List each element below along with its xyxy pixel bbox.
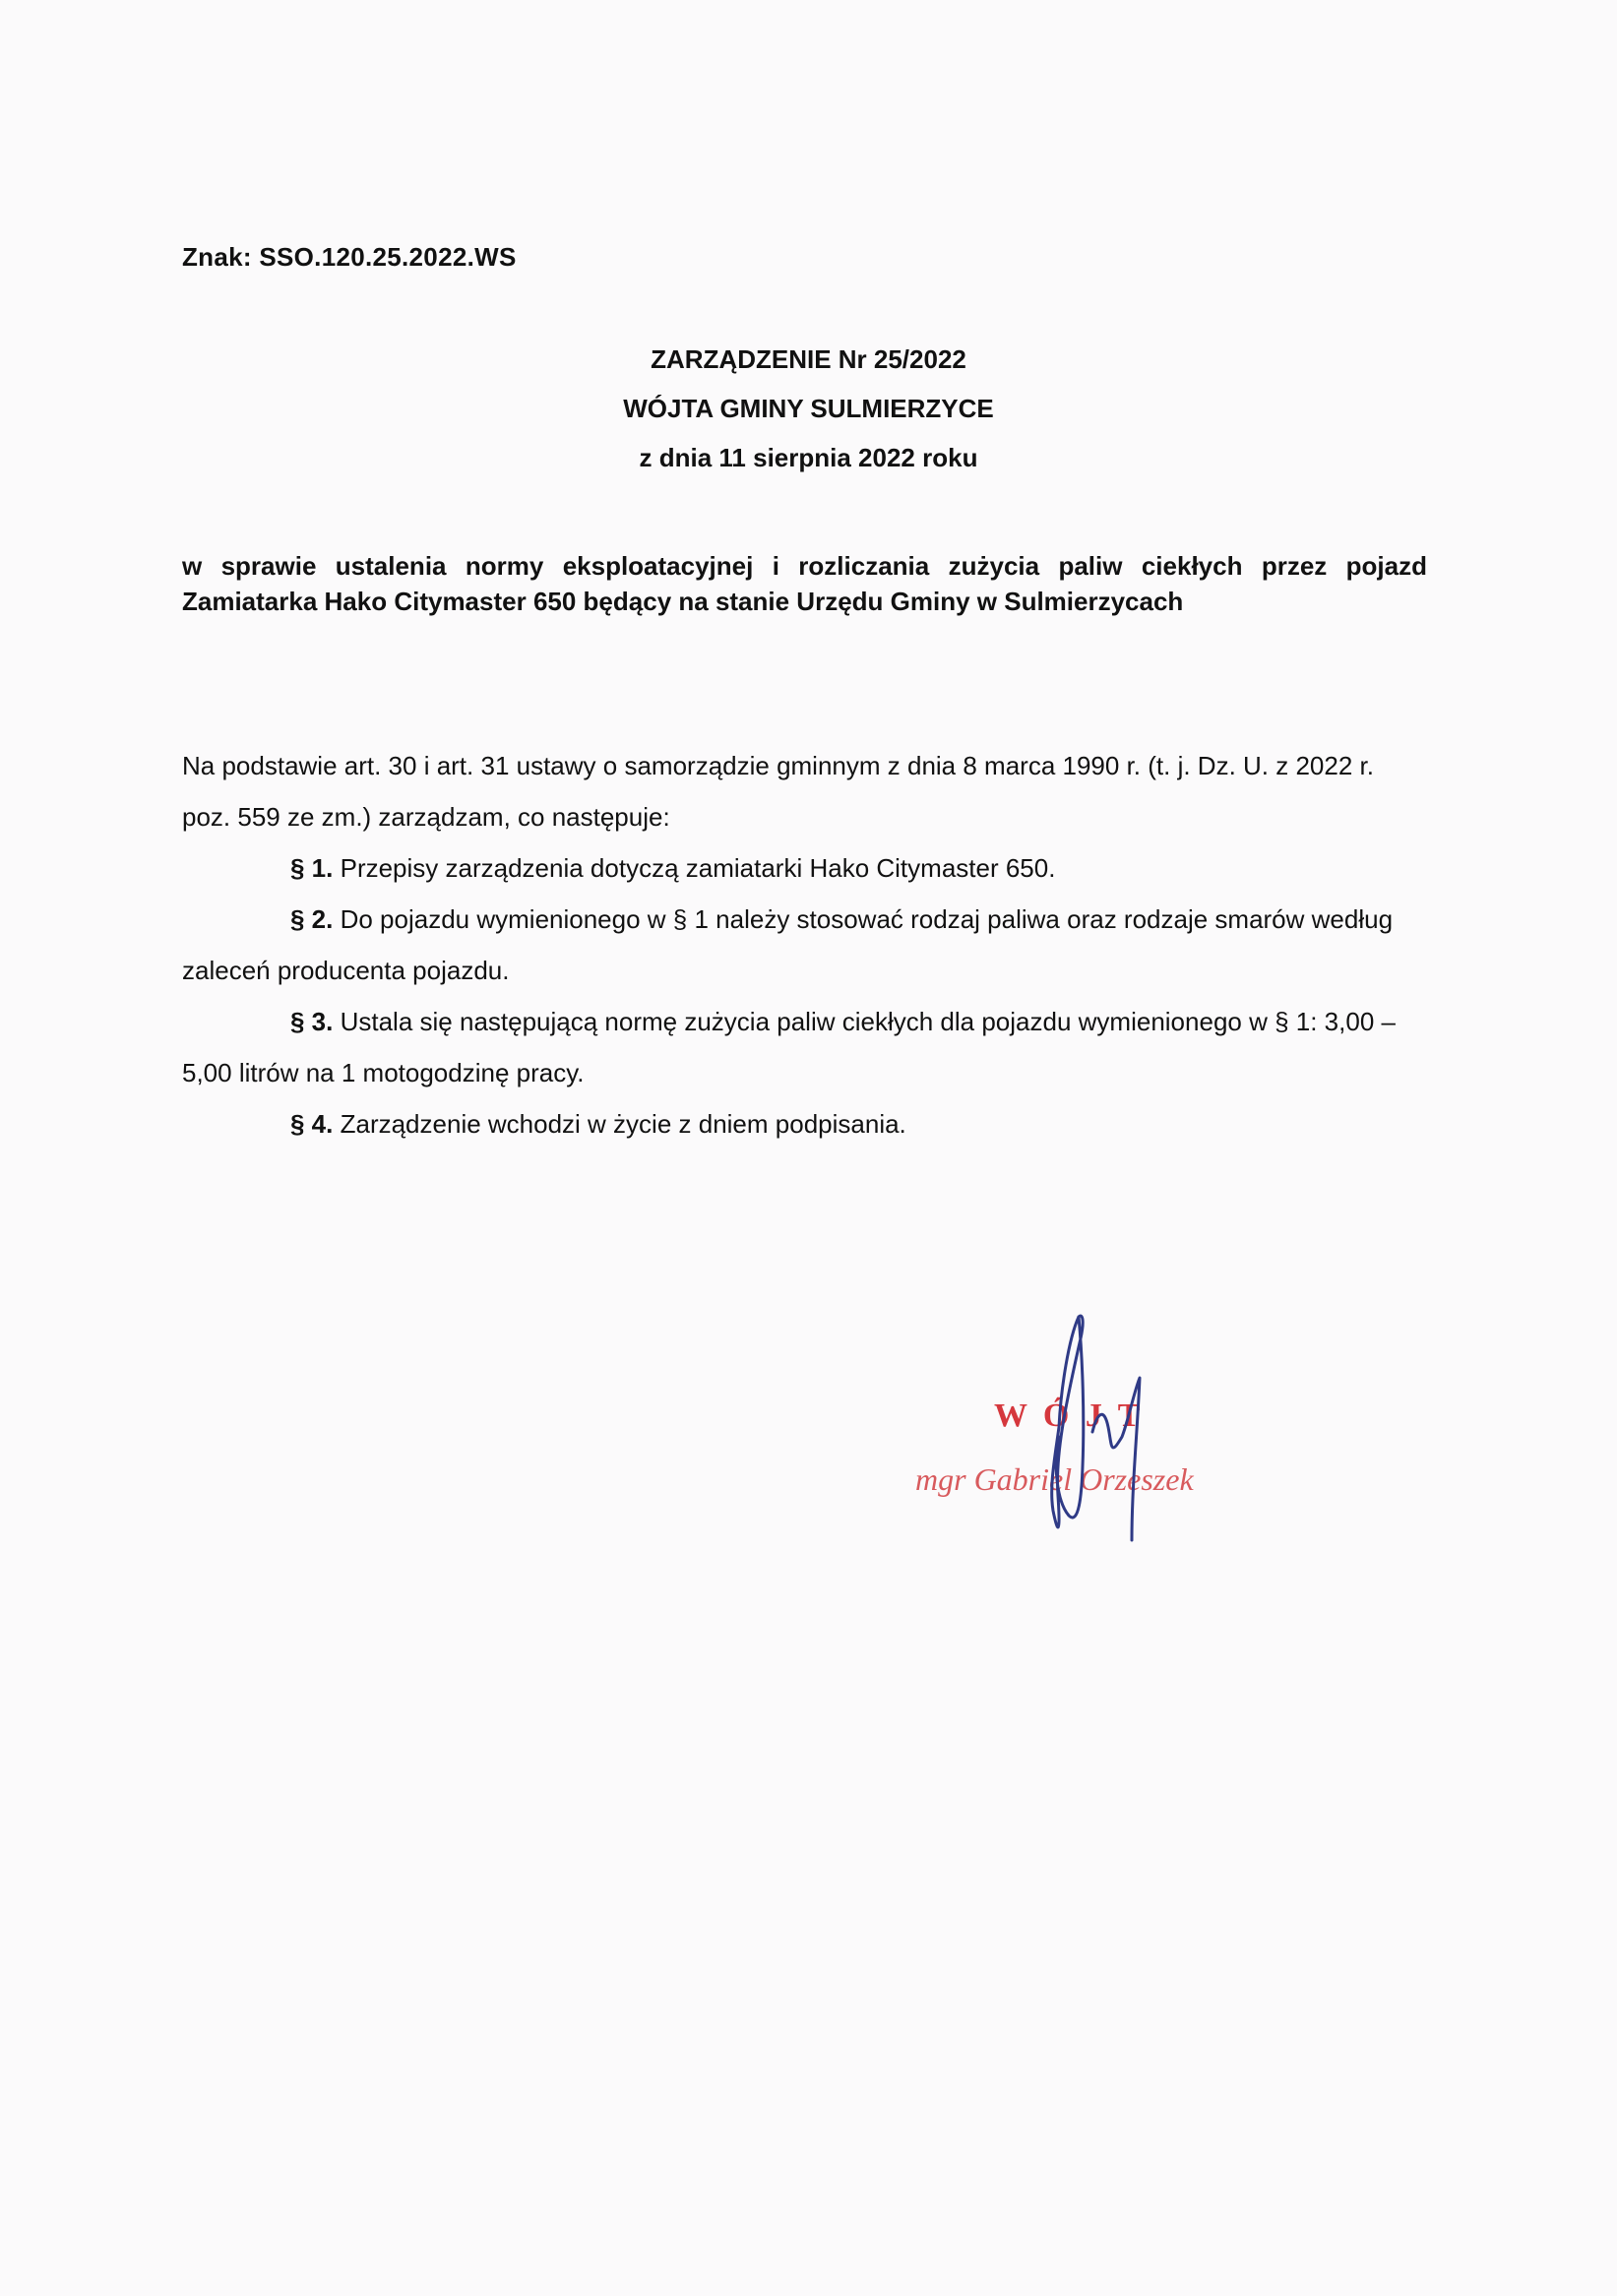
paragraph-sign: § 3.: [290, 1007, 333, 1036]
paragraph-text: Ustala się następującą normę zużycia pal…: [182, 1007, 1396, 1087]
paragraph-4: § 4. Zarządzenie wchodzi w życie z dniem…: [182, 1098, 1427, 1149]
paragraph-text: Zarządzenie wchodzi w życie z dniem podp…: [333, 1109, 905, 1139]
official-stamp: W Ó J T mgr Gabriel Orzeszek: [886, 1299, 1279, 1575]
signature-icon: [886, 1299, 1279, 1575]
paragraph-1: § 1. Przepisy zarządzenia dotyczą zamiat…: [182, 842, 1427, 894]
ordinance-subject: w sprawie ustalenia normy eksploatacyjne…: [182, 548, 1427, 619]
paragraph-sign: § 2.: [290, 904, 333, 934]
paragraph-2: § 2. Do pojazdu wymienionego w § 1 należ…: [182, 894, 1427, 996]
paragraph-text: Przepisy zarządzenia dotyczą zamiatarki …: [333, 853, 1055, 883]
paragraph-sign: § 1.: [290, 853, 333, 883]
document-header: ZARZĄDZENIE Nr 25/2022 WÓJTA GMINY SULMI…: [0, 340, 1617, 487]
paragraph-3: § 3. Ustala się następującą normę zużyci…: [182, 996, 1427, 1098]
ordinance-title: ZARZĄDZENIE Nr 25/2022: [0, 340, 1617, 389]
issuer: WÓJTA GMINY SULMIERZYCE: [0, 389, 1617, 438]
paragraph-text: Do pojazdu wymienionego w § 1 należy sto…: [182, 904, 1393, 985]
legal-basis: Na podstawie art. 30 i art. 31 ustawy o …: [182, 740, 1427, 842]
paragraph-sign: § 4.: [290, 1109, 333, 1139]
issue-date: z dnia 11 sierpnia 2022 roku: [0, 438, 1617, 487]
reference-number: Znak: SSO.120.25.2022.WS: [182, 242, 517, 273]
document-page: Znak: SSO.120.25.2022.WS ZARZĄDZENIE Nr …: [0, 0, 1617, 2296]
ordinance-body: Na podstawie art. 30 i art. 31 ustawy o …: [182, 740, 1427, 1149]
